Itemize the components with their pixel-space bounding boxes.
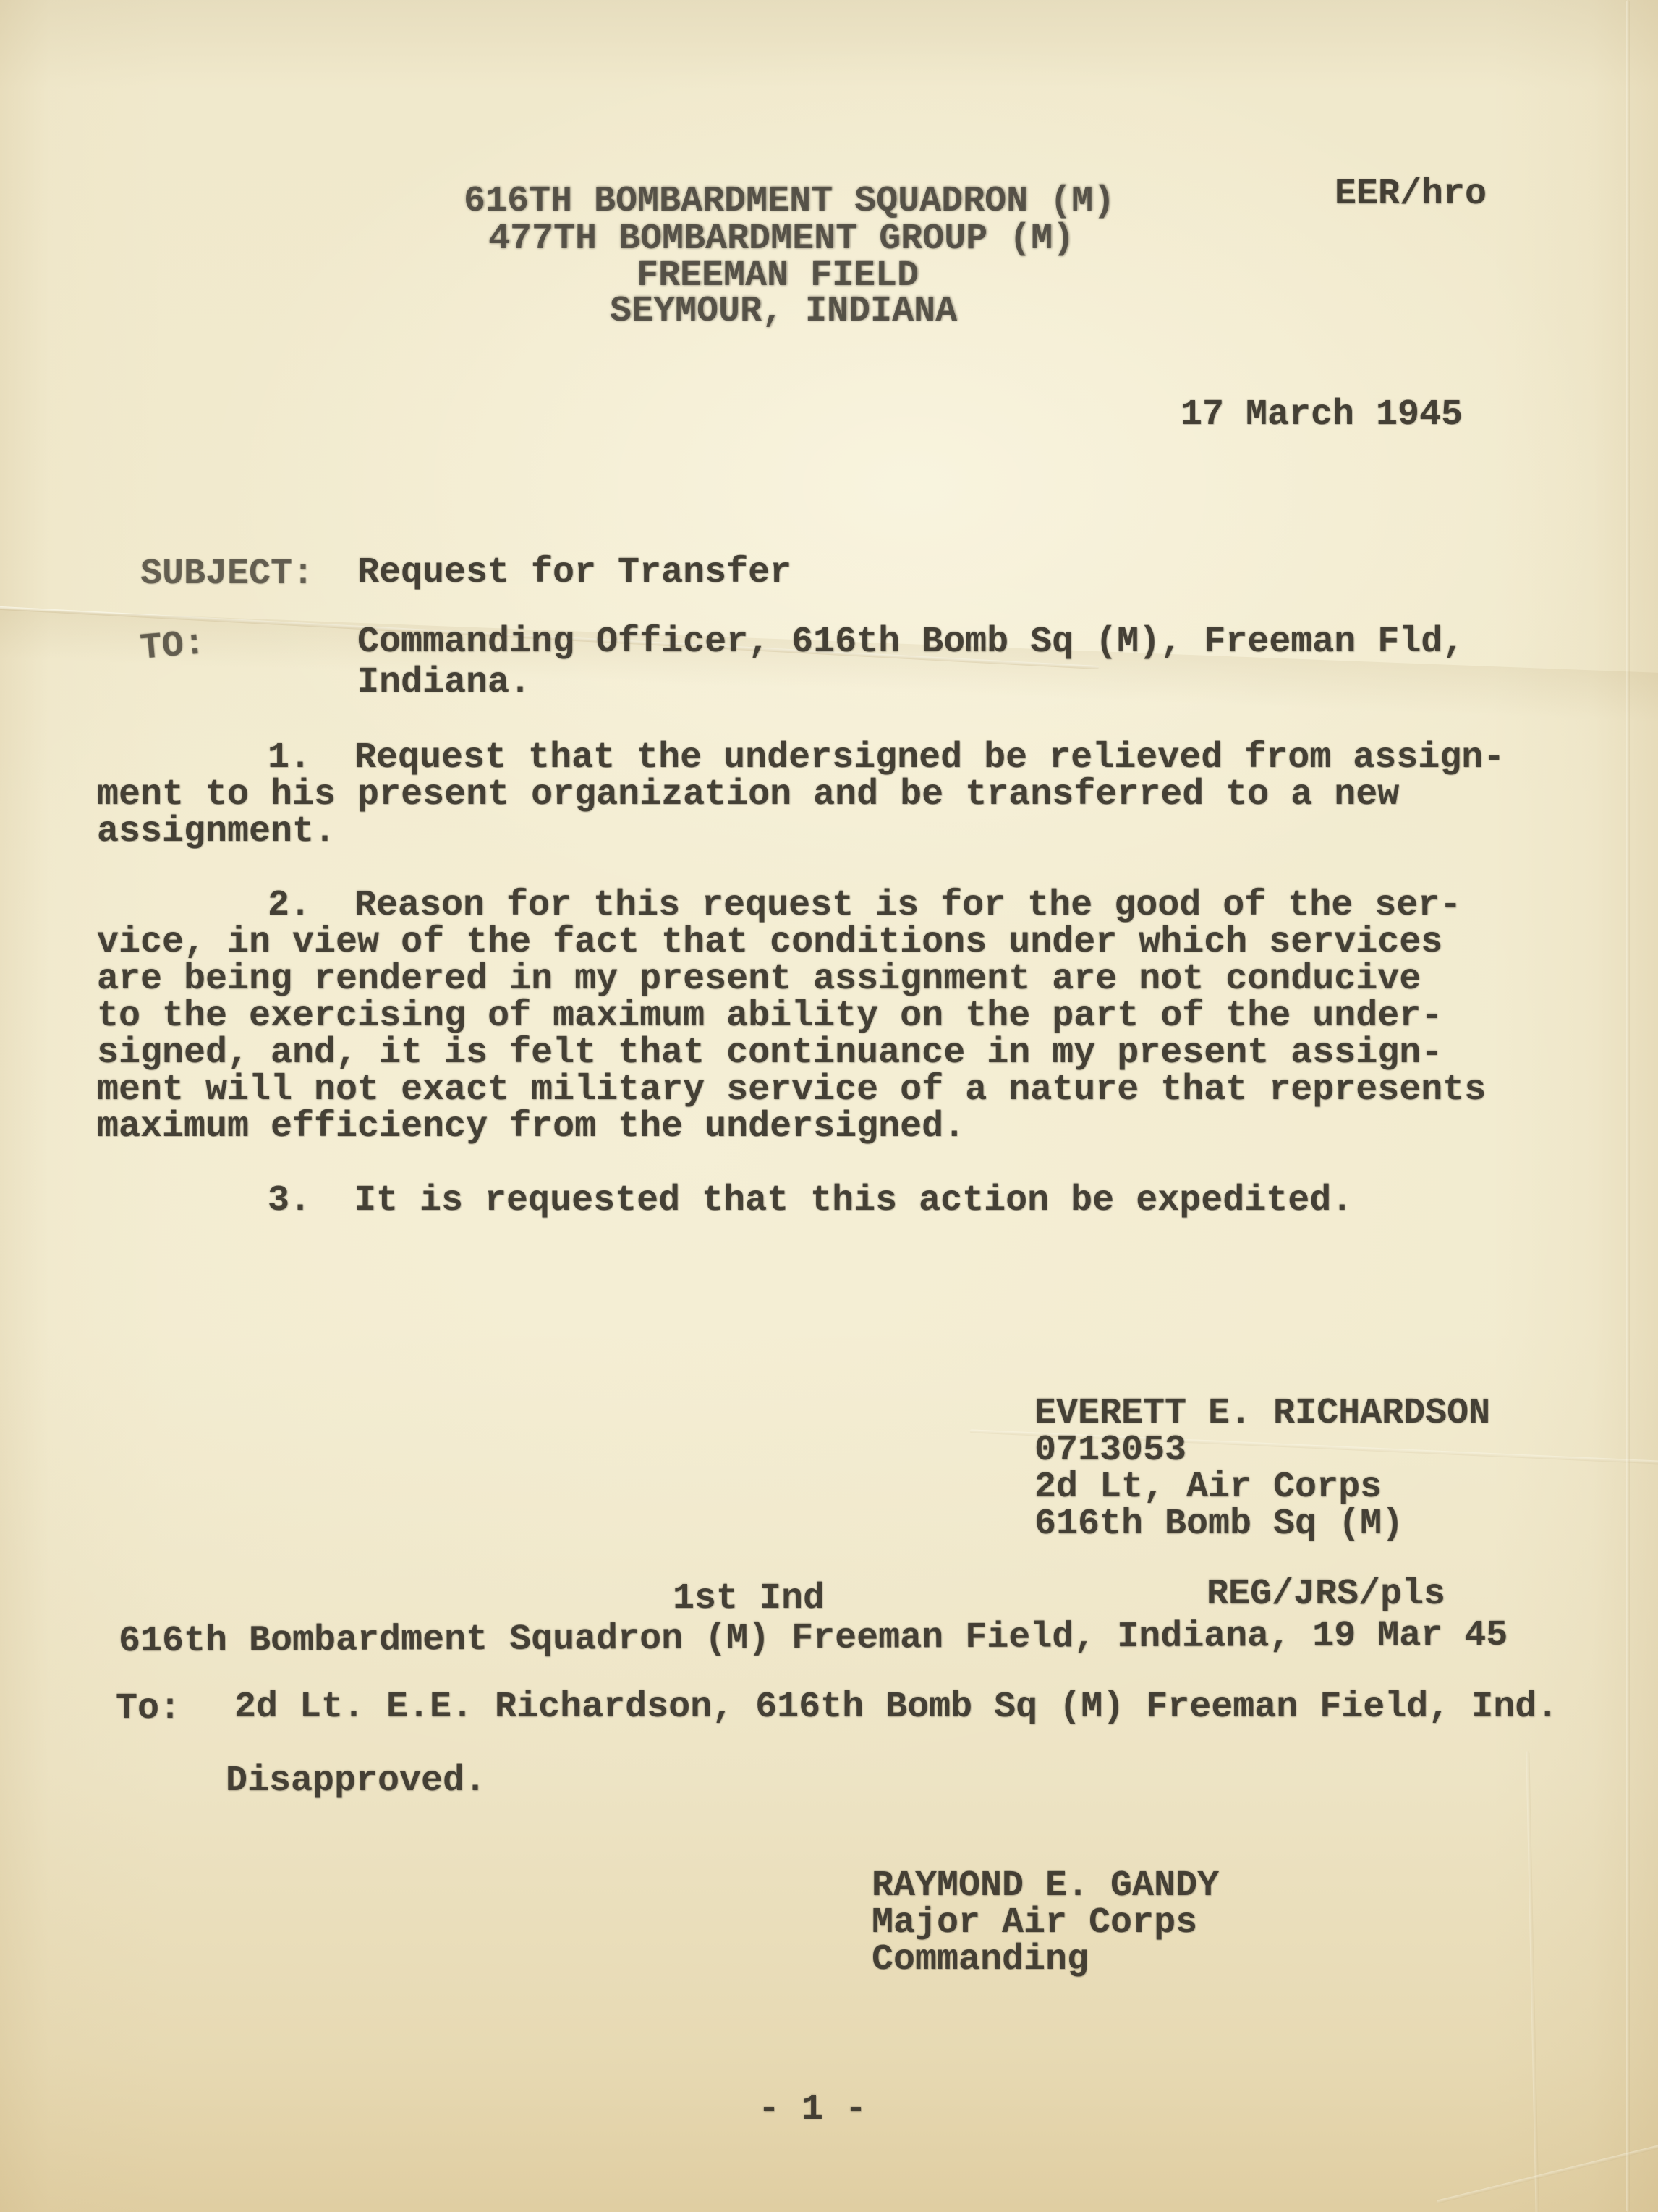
date-line: 17 March 1945 xyxy=(1181,397,1463,433)
to-value-line2: Indiana. xyxy=(357,664,531,701)
to-label: TO: xyxy=(139,625,207,668)
subject-label: SUBJECT: xyxy=(140,556,314,593)
vertical-edge-crease xyxy=(1626,0,1630,2212)
reference-initials: EER/hro xyxy=(1335,176,1487,213)
signature-serial-number: 0713053 xyxy=(1034,1432,1186,1469)
indorsement-heading: 1st Ind xyxy=(673,1580,825,1617)
signature-unit: 616th Bomb Sq (M) xyxy=(1034,1506,1403,1543)
commander-name: RAYMOND E. GANDY xyxy=(872,1868,1219,1904)
commander-rank: Major Air Corps xyxy=(872,1904,1197,1941)
indorsement-to-label: To: xyxy=(116,1690,181,1727)
indorsement-to-value: 2d Lt. E.E. Richardson, 616th Bomb Sq (M… xyxy=(234,1689,1558,1726)
indorsement-reference-initials: REG/JRS/pls xyxy=(1207,1576,1445,1613)
page-number: - 1 - xyxy=(758,2091,867,2128)
indorsement-origin-line: 616th Bombardment Squadron (M) Freeman F… xyxy=(119,1617,1508,1660)
commander-title: Commanding xyxy=(872,1941,1089,1978)
subject-value: Request for Transfer xyxy=(357,554,791,591)
letterhead-line-squadron: 616TH BOMBARDMENT SQUADRON (M) xyxy=(464,183,1115,220)
body-paragraph-2: 2. Reason for this request is for the go… xyxy=(97,887,1587,1145)
signature-name: EVERETT E. RICHARDSON xyxy=(1034,1395,1490,1432)
scanned-letter-page: EER/hro 616TH BOMBARDMENT SQUADRON (M) 4… xyxy=(0,0,1658,2212)
indorsement-decision: Disapproved. xyxy=(226,1763,486,1800)
vertical-corner-crease xyxy=(1526,1751,1539,2212)
signature-rank: 2d Lt, Air Corps xyxy=(1034,1469,1382,1506)
to-value-line1: Commanding Officer, 616th Bomb Sq (M), F… xyxy=(357,624,1464,661)
diagonal-corner-crease xyxy=(1437,2127,1658,2203)
body-paragraph-3: 3. It is requested that this action be e… xyxy=(97,1182,1587,1219)
letterhead-line-city: SEYMOUR, INDIANA xyxy=(610,293,957,330)
body-paragraph-1: 1. Request that the undersigned be relie… xyxy=(97,740,1587,850)
letterhead-line-group: 477TH BOMBARDMENT GROUP (M) xyxy=(488,221,1074,258)
letterhead-line-field: FREEMAN FIELD xyxy=(637,258,919,294)
